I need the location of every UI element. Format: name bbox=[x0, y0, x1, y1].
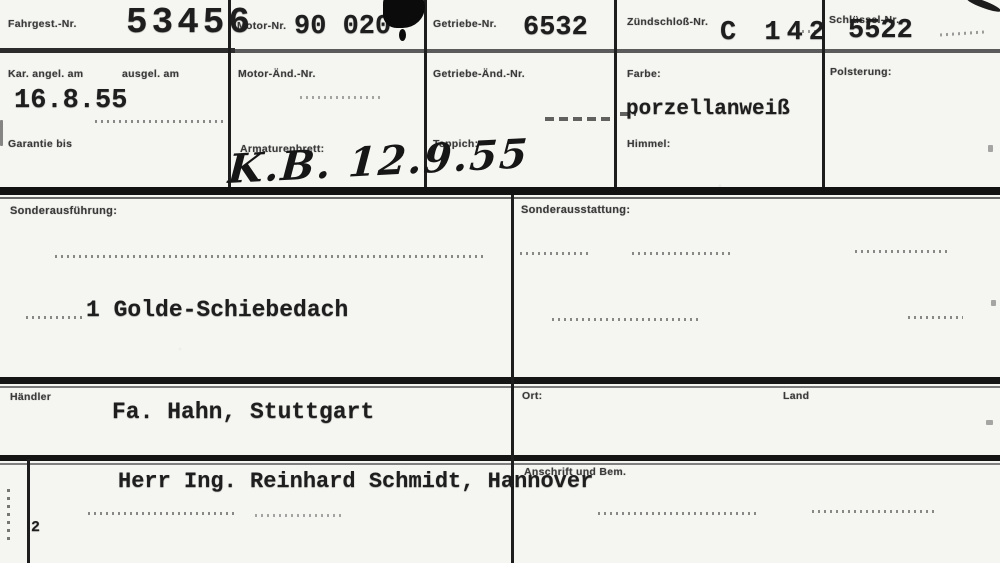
gearbox-mod-number-label: Getriebe-Änd.-Nr. bbox=[433, 68, 525, 80]
special-build-value: 1 Golde-Schiebedach bbox=[86, 297, 348, 323]
dots-special-equip-row-2 bbox=[632, 252, 732, 255]
leader-dots-after-date bbox=[95, 120, 223, 123]
margin-divider bbox=[27, 459, 30, 563]
dots-special-equip-row-4 bbox=[552, 318, 702, 321]
ink-blot-drip bbox=[399, 29, 406, 41]
color-label: Farbe: bbox=[627, 68, 661, 80]
thin-rule-dealer-bottom bbox=[0, 463, 1000, 465]
warranty-until-label: Garantie bis bbox=[8, 138, 72, 150]
thin-rule-row2-bottom bbox=[0, 197, 1000, 199]
thin-rule-sonder-bottom bbox=[0, 386, 1000, 388]
thick-rule-sonder-bottom bbox=[0, 377, 1000, 384]
key-number-value: 5522 bbox=[848, 16, 913, 46]
owner-value: Herr Ing. Reinhard Schmidt, Hannover bbox=[118, 469, 593, 494]
chassis-number-label: Fahrgest.-Nr. bbox=[8, 18, 77, 30]
dots-special-equip-row-5 bbox=[908, 316, 963, 319]
dots-special-equip-row-3 bbox=[855, 250, 950, 253]
engine-mod-number-label: Motor-Änd.-Nr. bbox=[238, 68, 316, 80]
headliner-label: Himmel: bbox=[627, 138, 671, 150]
column-divider-3 bbox=[614, 0, 617, 187]
delivered-out-label: ausgel. am bbox=[122, 68, 179, 80]
leader-dots-engine-mod bbox=[300, 96, 380, 99]
dots-special-build-row-left bbox=[55, 255, 485, 258]
body-delivered-date: 16.8.55 bbox=[14, 86, 127, 116]
special-build-label: Sonderausführung: bbox=[10, 205, 117, 217]
leader-dash-before-color bbox=[545, 117, 615, 121]
leader-dots-before-sunroof bbox=[26, 316, 86, 319]
scan-speck-3 bbox=[986, 420, 993, 425]
margin-page-number: 2 bbox=[31, 519, 40, 536]
dots-owner-row-1 bbox=[88, 512, 238, 515]
country-label: Land bbox=[783, 390, 809, 402]
rule-under-row1-dark-segment bbox=[0, 48, 235, 53]
chassis-number-value: 53456 bbox=[126, 2, 254, 43]
dots-owner-row-3 bbox=[598, 512, 758, 515]
gearbox-number-value: 6532 bbox=[523, 13, 588, 43]
handwriting-smudge-after-key bbox=[940, 30, 984, 36]
thick-rule-row2-bottom bbox=[0, 187, 1000, 195]
margin-stamp-marks bbox=[7, 488, 10, 540]
dealer-label: Händler bbox=[10, 391, 51, 403]
scan-speck-2 bbox=[991, 300, 996, 306]
gearbox-number-label: Getriebe-Nr. bbox=[433, 18, 497, 30]
dots-owner-row-2 bbox=[255, 514, 345, 517]
corner-pen-mark bbox=[966, 0, 1000, 14]
center-divider bbox=[511, 195, 514, 563]
scan-speck-1 bbox=[988, 145, 993, 152]
vehicle-record-card: Fahrgest.-Nr. 53456 Motor-Nr. 90 020 Get… bbox=[0, 0, 1000, 563]
special-equipment-label: Sonderausstattung: bbox=[521, 204, 630, 216]
dashboard-handwritten-date: K.B. 12.9.55 bbox=[227, 130, 531, 193]
ink-blot bbox=[383, 0, 425, 28]
thick-rule-dealer-bottom bbox=[0, 455, 1000, 461]
dots-special-equip-row-1 bbox=[520, 252, 590, 255]
engine-number-value: 90 020 bbox=[294, 12, 391, 42]
body-delivered-label: Kar. angel. am bbox=[8, 68, 83, 80]
ignition-lock-number-label: Zündschloß-Nr. bbox=[627, 16, 708, 28]
dealer-value: Fa. Hahn, Stuttgart bbox=[112, 399, 374, 425]
ignition-lock-number-value: C 142 bbox=[720, 18, 831, 48]
city-label: Ort: bbox=[522, 390, 542, 402]
color-value: porzellanweiß bbox=[626, 98, 790, 121]
dots-owner-row-4 bbox=[812, 510, 937, 513]
upholstery-label: Polsterung: bbox=[830, 66, 892, 78]
scan-speck-4 bbox=[0, 120, 3, 146]
